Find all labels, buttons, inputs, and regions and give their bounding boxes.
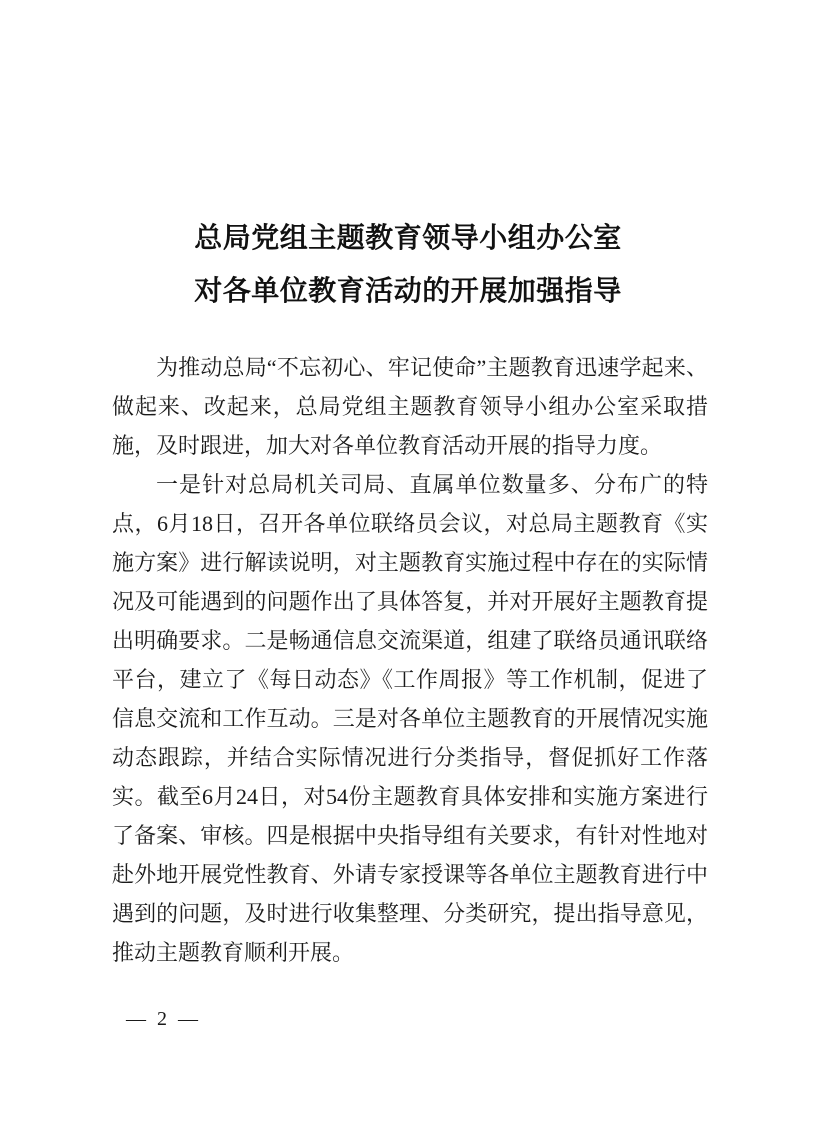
document-title: 总局党组主题教育领导小组办公室 对各单位教育活动的开展加强指导	[0, 212, 816, 318]
document-page: 总局党组主题教育领导小组办公室 对各单位教育活动的开展加强指导 为推动总局“不忘…	[0, 0, 816, 1145]
page-number: — 2 —	[126, 1008, 201, 1031]
paragraph-measures: 一是针对总局机关司局、直属单位数量多、分布广的特点，6月18日，召开各单位联络员…	[112, 465, 708, 972]
title-line-2: 对各单位教育活动的开展加强指导	[0, 265, 816, 318]
paragraph-intro: 为推动总局“不忘初心、牢记使命”主题教育迅速学起来、做起来、改起来，总局党组主题…	[112, 348, 708, 465]
document-body: 为推动总局“不忘初心、牢记使命”主题教育迅速学起来、做起来、改起来，总局党组主题…	[112, 348, 708, 972]
title-line-1: 总局党组主题教育领导小组办公室	[0, 212, 816, 265]
